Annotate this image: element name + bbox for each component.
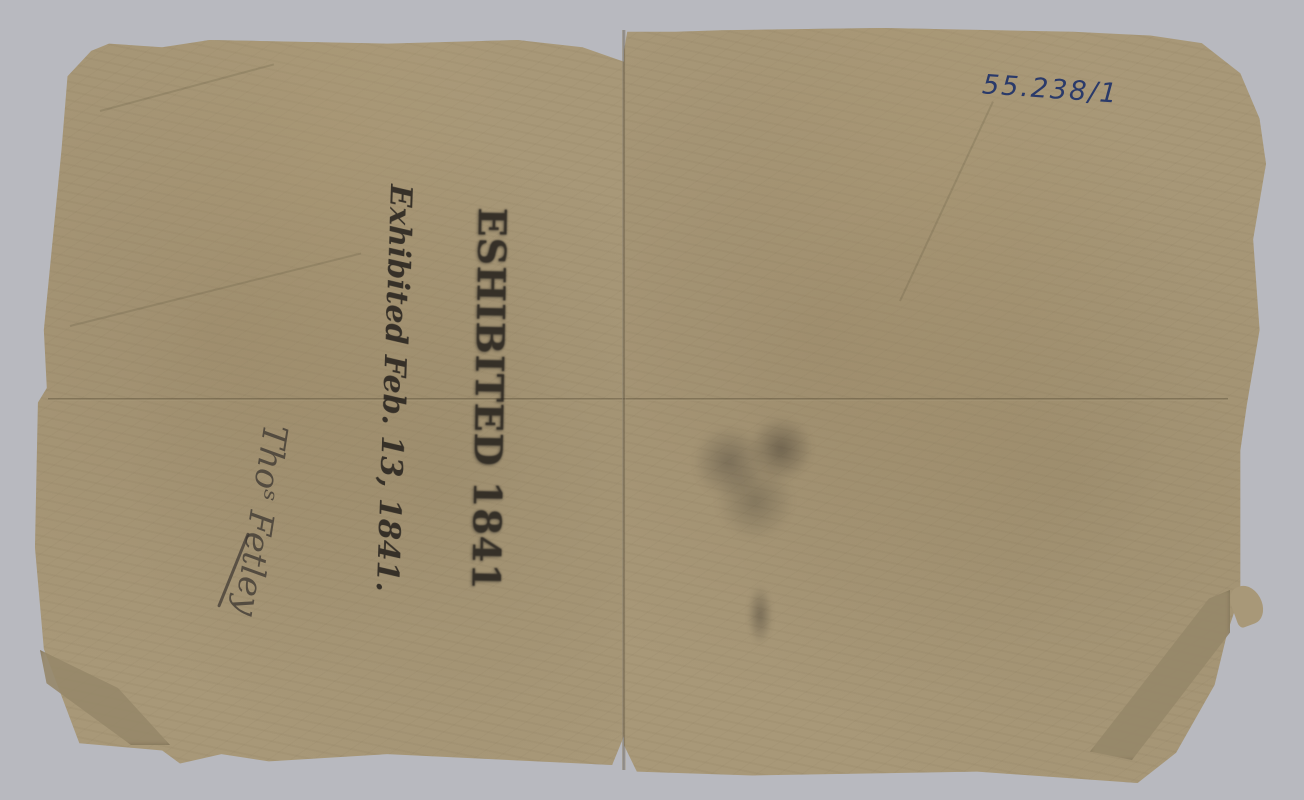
faded-ink-dots — [745, 580, 775, 650]
document-photo: ESHIBITED 1841 Exhibited Feb. 13, 1841. … — [0, 0, 1304, 800]
exhibited-stamp-bold: ESHIBITED 1841 — [463, 207, 515, 591]
horizontal-fold-line — [48, 398, 1228, 401]
paper-left-half — [32, 40, 624, 765]
faded-ink-mark — [690, 410, 820, 540]
vertical-fold-line — [622, 30, 626, 770]
